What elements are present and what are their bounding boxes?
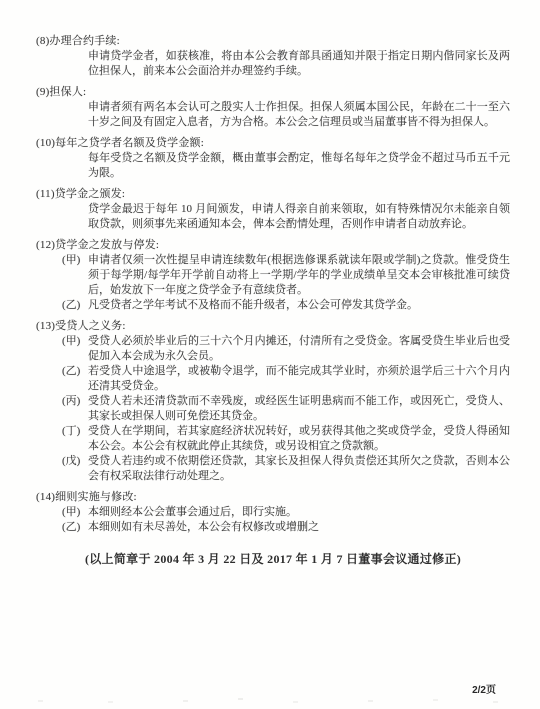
regulations-list: (8)办理合约手续:申请贷学金者，如获核准，将由本公会教育部具函通知并限于指定日… xyxy=(0,0,540,567)
subitem-label: (甲) xyxy=(62,253,88,298)
section: (11)贷学金之颁发:贷学金最迟于每年 10 月间颁发，申请人得亲自前来领取，如… xyxy=(36,187,510,232)
subitem-text: 受贷人在学期间，若其家庭经济状况转好，或另获得其他之奖或贷学金，受贷人得函知本公… xyxy=(88,424,510,454)
subitem-label: (乙) xyxy=(62,520,88,535)
subitem-text: 受贷人若未还清贷款而不幸残废，或经医生证明患病而不能工作，或因死亡，受贷人、其家… xyxy=(88,394,510,424)
section-paragraph: 申请贷学金者，如获核准，将由本公会教育部具函通知并限于指定日期内偕同家长及两位担… xyxy=(88,49,510,79)
section-heading: (8)办理合约手续: xyxy=(36,34,510,49)
subitem-text: 申请者仅须一次性提呈申请连续数年(根据选修课系就读年限或学制)之贷款。惟受贷生须… xyxy=(88,253,510,298)
section-heading: (11)贷学金之颁发: xyxy=(36,187,510,202)
section: (13)受贷人之义务:(甲)受贷人必须於毕业后的三十六个月内摊还，付清所有之受贷… xyxy=(36,319,510,484)
subitem-row: (甲)本细则经本公会董事会通过后，即行实施。 xyxy=(62,505,510,520)
section-heading: (10)每年之贷学者名额及贷学金额: xyxy=(36,136,510,151)
subitem-row: (乙)本细则如有未尽善处，本公会有权修改或增删之 xyxy=(62,520,510,535)
subitem-label: (丙) xyxy=(62,394,88,424)
section: (14)细则实施与修改:(甲)本细则经本公会董事会通过后，即行实施。(乙)本细则… xyxy=(36,490,510,535)
subitem-label: (甲) xyxy=(62,334,88,364)
subitem-row: (甲)受贷人必须於毕业后的三十六个月内摊还，付清所有之受贷金。客属受贷生毕业后也… xyxy=(62,334,510,364)
subitem-text: 受贷人若违约或不依期偿还贷款，其家长及担保人得负责偿还其所欠之贷款，否则本公会有… xyxy=(88,454,510,484)
subitem-row: (戊)受贷人若违约或不依期偿还贷款，其家长及担保人得负责偿还其所欠之贷款，否则本… xyxy=(62,454,510,484)
document-page: (8)办理合约手续:申请贷学金者，如获核准，将由本公会教育部具函通知并限于指定日… xyxy=(0,0,540,709)
subitem-text: 本细则经本公会董事会通过后，即行实施。 xyxy=(88,505,510,520)
section-heading: (13)受贷人之义务: xyxy=(36,319,510,334)
subitem-label: (乙) xyxy=(62,364,88,394)
subitem-label: (戊) xyxy=(62,454,88,484)
section-heading: (9)担保人: xyxy=(36,85,510,100)
subitem-row: (乙)凡受贷者之学年考试不及格而不能升级者，本公会可停发其贷学金。 xyxy=(62,298,510,313)
subitem-row: (丁)受贷人在学期间，若其家庭经济状况转好，或另获得其他之奖或贷学金，受贷人得函… xyxy=(62,424,510,454)
scan-artifacts xyxy=(38,700,43,702)
amendment-note: (以上简章于 2004 年 3 月 22 日及 2017 年 1 月 7 日董事… xyxy=(36,551,510,567)
section: (10)每年之贷学者名额及贷学金额:每年受贷之名额及贷学金额，概由董事会酌定，惟… xyxy=(36,136,510,181)
subitem-text: 若受贷人中途退学，或被勒令退学，而不能完成其学业时，亦须於退学后三十六个月内还清… xyxy=(88,364,510,394)
subitem-text: 凡受贷者之学年考试不及格而不能升级者，本公会可停发其贷学金。 xyxy=(88,298,510,313)
subitem-label: (丁) xyxy=(62,424,88,454)
section-paragraph: 贷学金最迟于每年 10 月间颁发，申请人得亲自前来领取，如有特殊情况尔未能亲自领… xyxy=(88,202,510,232)
page-number: 2/2页 xyxy=(472,681,496,696)
section-paragraph: 每年受贷之名额及贷学金额，概由董事会酌定，惟每名每年之贷学金不超过马币五千元为限… xyxy=(88,151,510,181)
subitem-text: 本细则如有未尽善处，本公会有权修改或增删之 xyxy=(88,520,510,535)
subitem-label: (甲) xyxy=(62,505,88,520)
section-heading: (12)贷学金之发放与停发: xyxy=(36,238,510,253)
section: (9)担保人:申请者须有两名本会认可之殷实人士作担保。担保人须属本国公民，年龄在… xyxy=(36,85,510,130)
section-paragraph: 申请者须有两名本会认可之殷实人士作担保。担保人须属本国公民，年龄在二十一至六十岁… xyxy=(88,100,510,130)
subitem-row: (乙)若受贷人中途退学，或被勒令退学，而不能完成其学业时，亦须於退学后三十六个月… xyxy=(62,364,510,394)
section: (8)办理合约手续:申请贷学金者，如获核准，将由本公会教育部具函通知并限于指定日… xyxy=(36,34,510,79)
subitem-label: (乙) xyxy=(62,298,88,313)
section: (12)贷学金之发放与停发:(甲)申请者仅须一次性提呈申请连续数年(根据选修课系… xyxy=(36,238,510,313)
subitem-row: (丙)受贷人若未还清贷款而不幸残废，或经医生证明患病而不能工作，或因死亡，受贷人… xyxy=(62,394,510,424)
subitem-row: (甲)申请者仅须一次性提呈申请连续数年(根据选修课系就读年限或学制)之贷款。惟受… xyxy=(62,253,510,298)
section-heading: (14)细则实施与修改: xyxy=(36,490,510,505)
subitem-text: 受贷人必须於毕业后的三十六个月内摊还，付清所有之受贷金。客属受贷生毕业后也受促加… xyxy=(88,334,510,364)
